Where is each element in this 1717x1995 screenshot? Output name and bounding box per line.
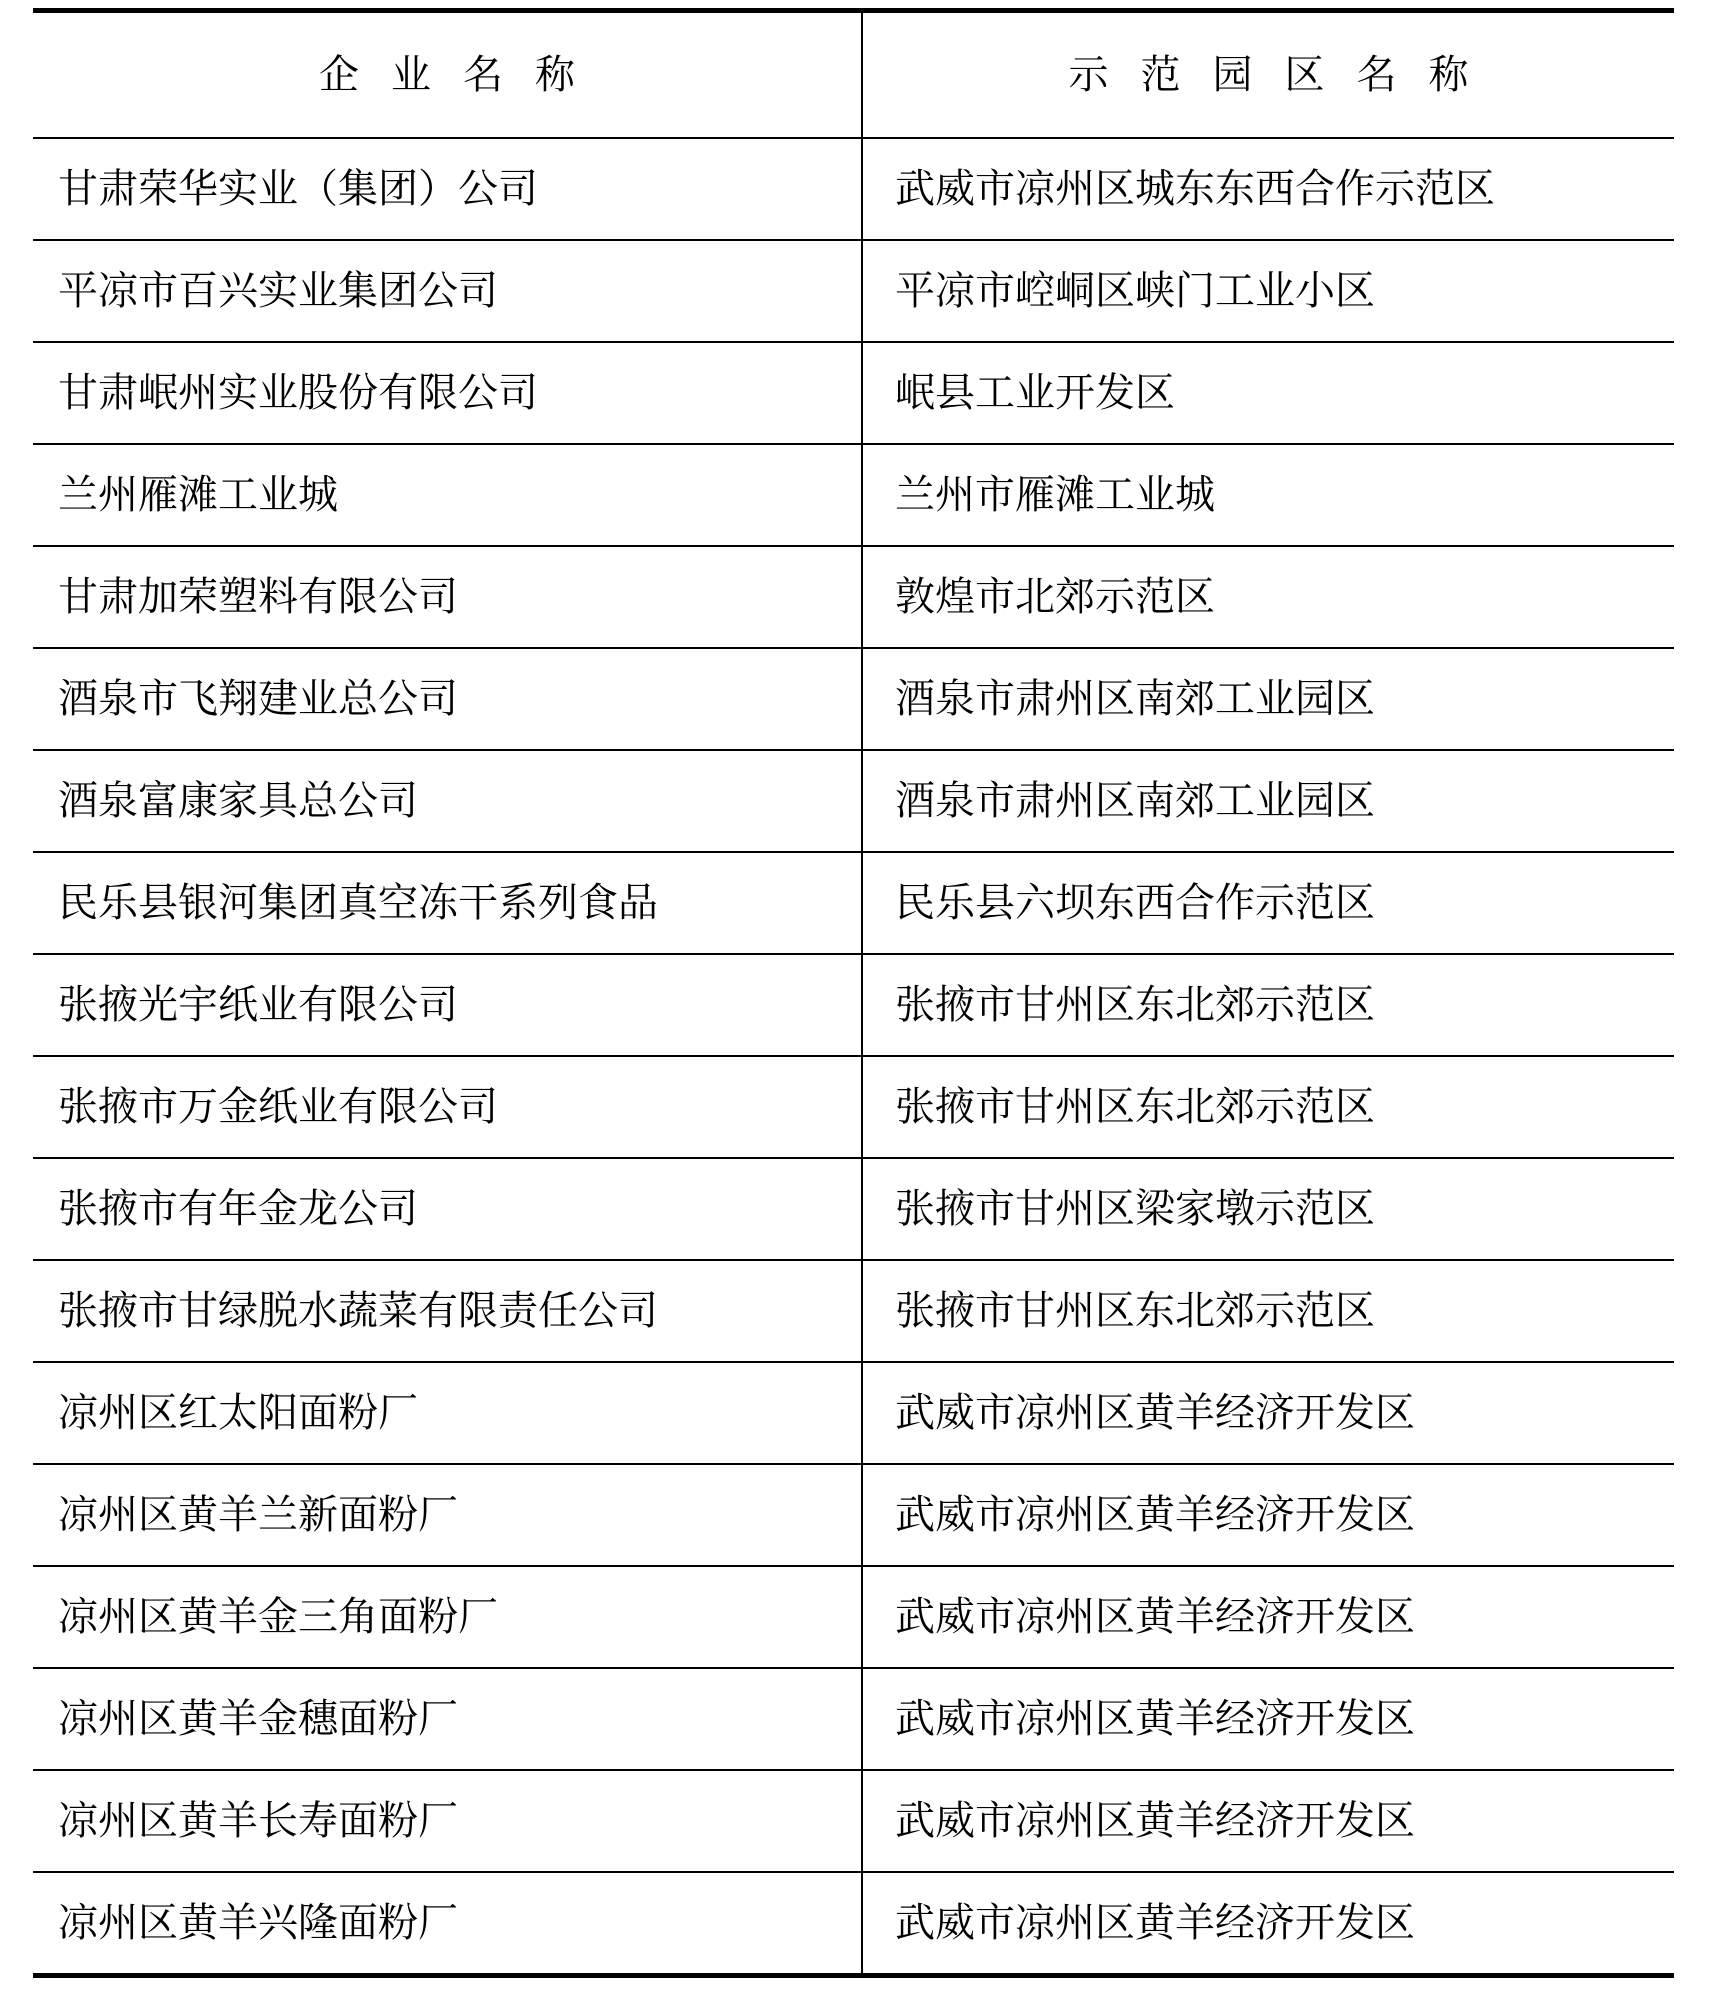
table-row: 张掖市万金纸业有限公司 张掖市甘州区东北郊示范区	[33, 1057, 1674, 1159]
park-cell: 平凉市崆峒区峡门工业小区	[863, 241, 1674, 341]
company-name: 凉州区红太阳面粉厂	[58, 1393, 418, 1433]
table-row: 甘肃加荣塑料有限公司 敦煌市北郊示范区	[33, 547, 1674, 649]
park-name: 民乐县六坝东西合作示范区	[895, 883, 1375, 923]
company-name: 张掖市万金纸业有限公司	[58, 1087, 498, 1127]
company-name: 张掖市有年金龙公司	[58, 1189, 418, 1229]
table-row: 民乐县银河集团真空冻干系列食品 民乐县六坝东西合作示范区	[33, 853, 1674, 955]
company-cell: 凉州区黄羊金穗面粉厂	[33, 1669, 863, 1769]
table-row: 凉州区黄羊金三角面粉厂 武威市凉州区黄羊经济开发区	[33, 1567, 1674, 1669]
company-cell: 张掖市万金纸业有限公司	[33, 1057, 863, 1157]
park-cell: 张掖市甘州区东北郊示范区	[863, 1057, 1674, 1157]
park-cell: 兰州市雁滩工业城	[863, 445, 1674, 545]
park-cell: 民乐县六坝东西合作示范区	[863, 853, 1674, 953]
header-cell-park: 示范园区名称	[863, 13, 1674, 137]
company-name: 凉州区黄羊金穗面粉厂	[58, 1699, 458, 1739]
company-column-header: 企业名称	[319, 55, 607, 95]
table-row: 兰州雁滩工业城 兰州市雁滩工业城	[33, 445, 1674, 547]
table-row: 酒泉富康家具总公司 酒泉市肃州区南郊工业园区	[33, 751, 1674, 853]
company-name: 酒泉富康家具总公司	[58, 781, 418, 821]
park-name: 武威市凉州区黄羊经济开发区	[895, 1495, 1415, 1535]
company-cell: 凉州区黄羊兴隆面粉厂	[33, 1873, 863, 1973]
park-cell: 武威市凉州区黄羊经济开发区	[863, 1873, 1674, 1973]
table-row: 张掖市有年金龙公司 张掖市甘州区梁家墩示范区	[33, 1159, 1674, 1261]
park-name: 平凉市崆峒区峡门工业小区	[895, 271, 1375, 311]
park-cell: 武威市凉州区黄羊经济开发区	[863, 1465, 1674, 1565]
park-name: 张掖市甘州区东北郊示范区	[895, 1291, 1375, 1331]
company-name: 凉州区黄羊长寿面粉厂	[58, 1801, 458, 1841]
company-name: 张掖光宇纸业有限公司	[58, 985, 458, 1025]
table-row: 凉州区红太阳面粉厂 武威市凉州区黄羊经济开发区	[33, 1363, 1674, 1465]
company-cell: 甘肃加荣塑料有限公司	[33, 547, 863, 647]
park-cell: 张掖市甘州区梁家墩示范区	[863, 1159, 1674, 1259]
company-name: 甘肃加荣塑料有限公司	[58, 577, 458, 617]
park-name: 武威市凉州区黄羊经济开发区	[895, 1699, 1415, 1739]
company-cell: 凉州区黄羊金三角面粉厂	[33, 1567, 863, 1667]
park-name: 武威市凉州区黄羊经济开发区	[895, 1903, 1415, 1943]
table-row: 凉州区黄羊金穗面粉厂 武威市凉州区黄羊经济开发区	[33, 1669, 1674, 1771]
company-cell: 张掖光宇纸业有限公司	[33, 955, 863, 1055]
park-cell: 敦煌市北郊示范区	[863, 547, 1674, 647]
park-name: 张掖市甘州区东北郊示范区	[895, 985, 1375, 1025]
park-name: 武威市凉州区黄羊经济开发区	[895, 1801, 1415, 1841]
park-cell: 岷县工业开发区	[863, 343, 1674, 443]
park-name: 武威市凉州区黄羊经济开发区	[895, 1597, 1415, 1637]
park-name: 张掖市甘州区东北郊示范区	[895, 1087, 1375, 1127]
company-cell: 甘肃荣华实业（集团）公司	[33, 139, 863, 239]
company-cell: 凉州区黄羊兰新面粉厂	[33, 1465, 863, 1565]
company-cell: 凉州区红太阳面粉厂	[33, 1363, 863, 1463]
company-name: 兰州雁滩工业城	[58, 475, 338, 515]
company-name: 酒泉市飞翔建业总公司	[58, 679, 458, 719]
park-name: 武威市凉州区黄羊经济开发区	[895, 1393, 1415, 1433]
park-cell: 武威市凉州区黄羊经济开发区	[863, 1363, 1674, 1463]
company-name: 凉州区黄羊金三角面粉厂	[58, 1597, 498, 1637]
company-cell: 酒泉富康家具总公司	[33, 751, 863, 851]
table-header-row: 企业名称 示范园区名称	[33, 13, 1674, 139]
company-name: 平凉市百兴实业集团公司	[58, 271, 498, 311]
park-cell: 张掖市甘州区东北郊示范区	[863, 955, 1674, 1055]
company-cell: 民乐县银河集团真空冻干系列食品	[33, 853, 863, 953]
company-cell: 酒泉市飞翔建业总公司	[33, 649, 863, 749]
company-name: 张掖市甘绿脱水蔬菜有限责任公司	[58, 1291, 658, 1331]
company-name: 甘肃荣华实业（集团）公司	[58, 169, 538, 209]
park-cell: 武威市凉州区黄羊经济开发区	[863, 1669, 1674, 1769]
table-row: 酒泉市飞翔建业总公司 酒泉市肃州区南郊工业园区	[33, 649, 1674, 751]
park-cell: 张掖市甘州区东北郊示范区	[863, 1261, 1674, 1361]
company-name: 甘肃岷州实业股份有限公司	[58, 373, 538, 413]
header-cell-company: 企业名称	[33, 13, 863, 137]
table-row: 平凉市百兴实业集团公司 平凉市崆峒区峡门工业小区	[33, 241, 1674, 343]
park-name: 酒泉市肃州区南郊工业园区	[895, 781, 1375, 821]
park-column-header: 示范园区名称	[1069, 55, 1501, 95]
company-cell: 甘肃岷州实业股份有限公司	[33, 343, 863, 443]
park-cell: 武威市凉州区黄羊经济开发区	[863, 1771, 1674, 1871]
table-row: 凉州区黄羊长寿面粉厂 武威市凉州区黄羊经济开发区	[33, 1771, 1674, 1873]
park-cell: 酒泉市肃州区南郊工业园区	[863, 751, 1674, 851]
park-name: 兰州市雁滩工业城	[895, 475, 1215, 515]
company-name: 民乐县银河集团真空冻干系列食品	[58, 883, 658, 923]
company-cell: 凉州区黄羊长寿面粉厂	[33, 1771, 863, 1871]
park-cell: 武威市凉州区城东东西合作示范区	[863, 139, 1674, 239]
park-name: 酒泉市肃州区南郊工业园区	[895, 679, 1375, 719]
table-row: 甘肃岷州实业股份有限公司 岷县工业开发区	[33, 343, 1674, 445]
table-row: 张掖市甘绿脱水蔬菜有限责任公司 张掖市甘州区东北郊示范区	[33, 1261, 1674, 1363]
company-cell: 平凉市百兴实业集团公司	[33, 241, 863, 341]
company-cell: 兰州雁滩工业城	[33, 445, 863, 545]
table-row: 张掖光宇纸业有限公司 张掖市甘州区东北郊示范区	[33, 955, 1674, 1057]
park-cell: 武威市凉州区黄羊经济开发区	[863, 1567, 1674, 1667]
company-name: 凉州区黄羊兰新面粉厂	[58, 1495, 458, 1535]
table-row: 凉州区黄羊兴隆面粉厂 武威市凉州区黄羊经济开发区	[33, 1873, 1674, 1973]
enterprise-park-table: 企业名称 示范园区名称 甘肃荣华实业（集团）公司 武威市凉州区城东东西合作示范区…	[33, 8, 1674, 1978]
document-page: 企业名称 示范园区名称 甘肃荣华实业（集团）公司 武威市凉州区城东东西合作示范区…	[0, 0, 1717, 1995]
park-name: 张掖市甘州区梁家墩示范区	[895, 1189, 1375, 1229]
park-cell: 酒泉市肃州区南郊工业园区	[863, 649, 1674, 749]
company-cell: 张掖市有年金龙公司	[33, 1159, 863, 1259]
table-row: 凉州区黄羊兰新面粉厂 武威市凉州区黄羊经济开发区	[33, 1465, 1674, 1567]
company-cell: 张掖市甘绿脱水蔬菜有限责任公司	[33, 1261, 863, 1361]
table-row: 甘肃荣华实业（集团）公司 武威市凉州区城东东西合作示范区	[33, 139, 1674, 241]
park-name: 敦煌市北郊示范区	[895, 577, 1215, 617]
company-name: 凉州区黄羊兴隆面粉厂	[58, 1903, 458, 1943]
park-name: 武威市凉州区城东东西合作示范区	[895, 169, 1495, 209]
park-name: 岷县工业开发区	[895, 373, 1175, 413]
